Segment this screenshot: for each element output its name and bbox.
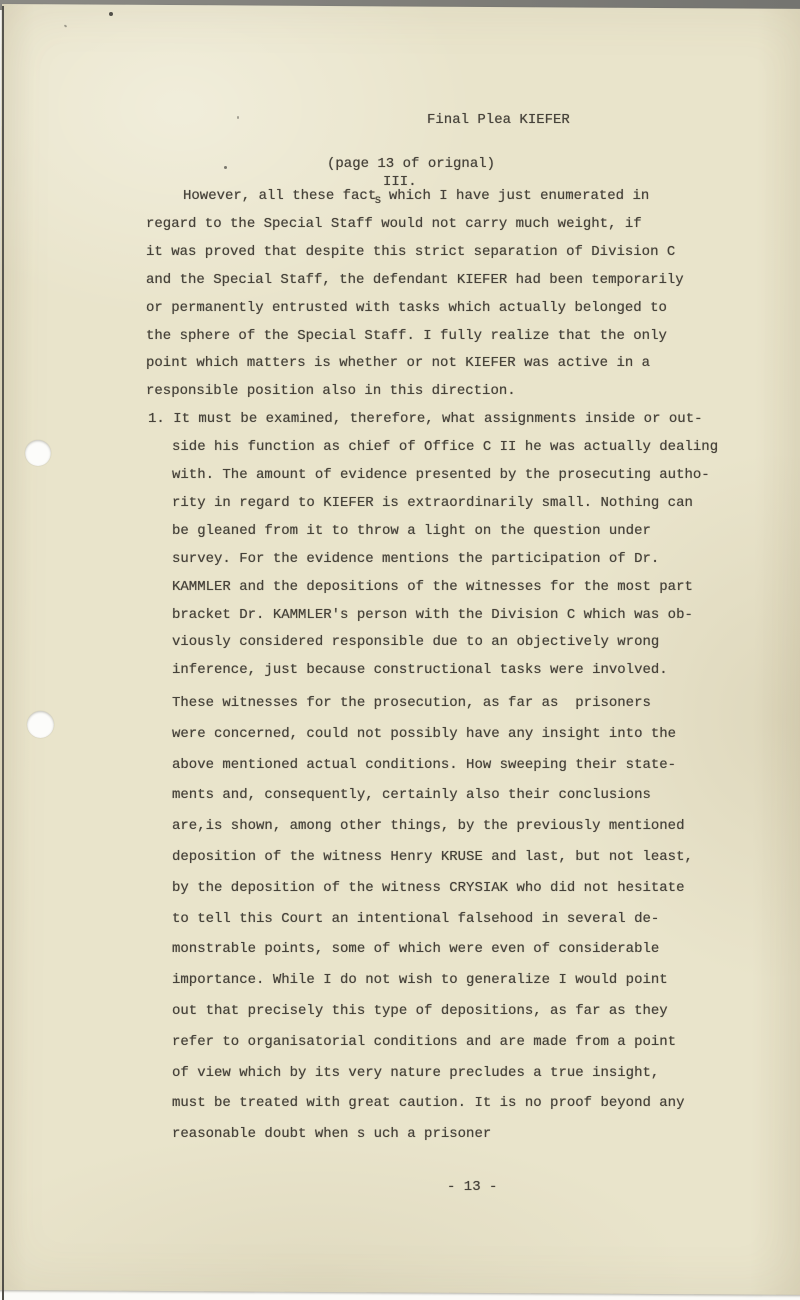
text-line: deposition of the witness Henry KRUSE an… xyxy=(172,849,693,865)
text-line: bracket Dr. KAMMLER's person with the Di… xyxy=(172,607,693,623)
text-line: it was proved that despite this strict s… xyxy=(146,244,675,260)
text-line: 1. It must be examined, therefore, what … xyxy=(148,411,703,427)
text-line: or permanently entrusted with tasks whic… xyxy=(146,300,667,316)
document-text-layer: Final Plea KIEFER (page 13 of orignal) I… xyxy=(0,0,800,1300)
text-line: to tell this Court an intentional falseh… xyxy=(172,911,659,927)
text-line: the sphere of the Special Staff. I fully… xyxy=(146,328,667,344)
scanned-document-page: Final Plea KIEFER (page 13 of orignal) I… xyxy=(0,0,800,1300)
text-line: above mentioned actual conditions. How s… xyxy=(172,757,676,773)
text-segment: which I have just enumerated in xyxy=(380,188,649,204)
text-line: KAMMLER and the depositions of the witne… xyxy=(172,579,693,595)
text-line: and the Special Staff, the defendant KIE… xyxy=(146,272,684,288)
text-line: are,is shown, among other things, by the… xyxy=(172,818,684,834)
text-line: by the deposition of the witness CRYSIAK… xyxy=(172,880,684,896)
text-line: with. The amount of evidence presented b… xyxy=(172,467,710,483)
text-line: regard to the Special Staff would not ca… xyxy=(146,216,642,232)
text-line: out that precisely this type of depositi… xyxy=(172,1003,668,1019)
text-line: ments and, consequently, certainly also … xyxy=(172,787,651,803)
text-line: rity in regard to KIEFER is extraordinar… xyxy=(172,495,693,511)
text-line: responsible position also in this direct… xyxy=(146,383,516,399)
text-line: refer to organisatorial conditions and a… xyxy=(172,1034,676,1050)
text-line: were concerned, could not possibly have … xyxy=(172,726,676,742)
document-title: Final Plea KIEFER xyxy=(427,112,570,128)
text-line: However, all these facts which I have ju… xyxy=(183,188,649,204)
text-line: importance. While I do not wish to gener… xyxy=(172,972,668,988)
text-line: point which matters is whether or not KI… xyxy=(146,355,650,371)
text-segment: However, all these fact xyxy=(183,188,376,204)
text-line: side his function as chief of Office C I… xyxy=(172,439,718,455)
text-line: inference, just because constructional t… xyxy=(172,662,668,678)
text-line: survey. For the evidence mentions the pa… xyxy=(172,551,659,567)
text-line: These witnesses for the prosecution, as … xyxy=(172,695,651,711)
text-line: be gleaned from it to throw a light on t… xyxy=(172,523,651,539)
text-line: viously considered responsible due to an… xyxy=(172,634,659,650)
text-line: monstrable points, some of which were ev… xyxy=(172,941,659,957)
page-number: - 13 - xyxy=(447,1179,497,1195)
text-line: of view which by its very nature preclud… xyxy=(172,1065,659,1081)
text-line: must be treated with great caution. It i… xyxy=(172,1095,684,1111)
dropped-subscript-letter: s xyxy=(374,193,381,207)
text-line: reasonable doubt when s uch a prisoner xyxy=(172,1126,491,1142)
original-page-reference: (page 13 of orignal) xyxy=(327,156,495,172)
